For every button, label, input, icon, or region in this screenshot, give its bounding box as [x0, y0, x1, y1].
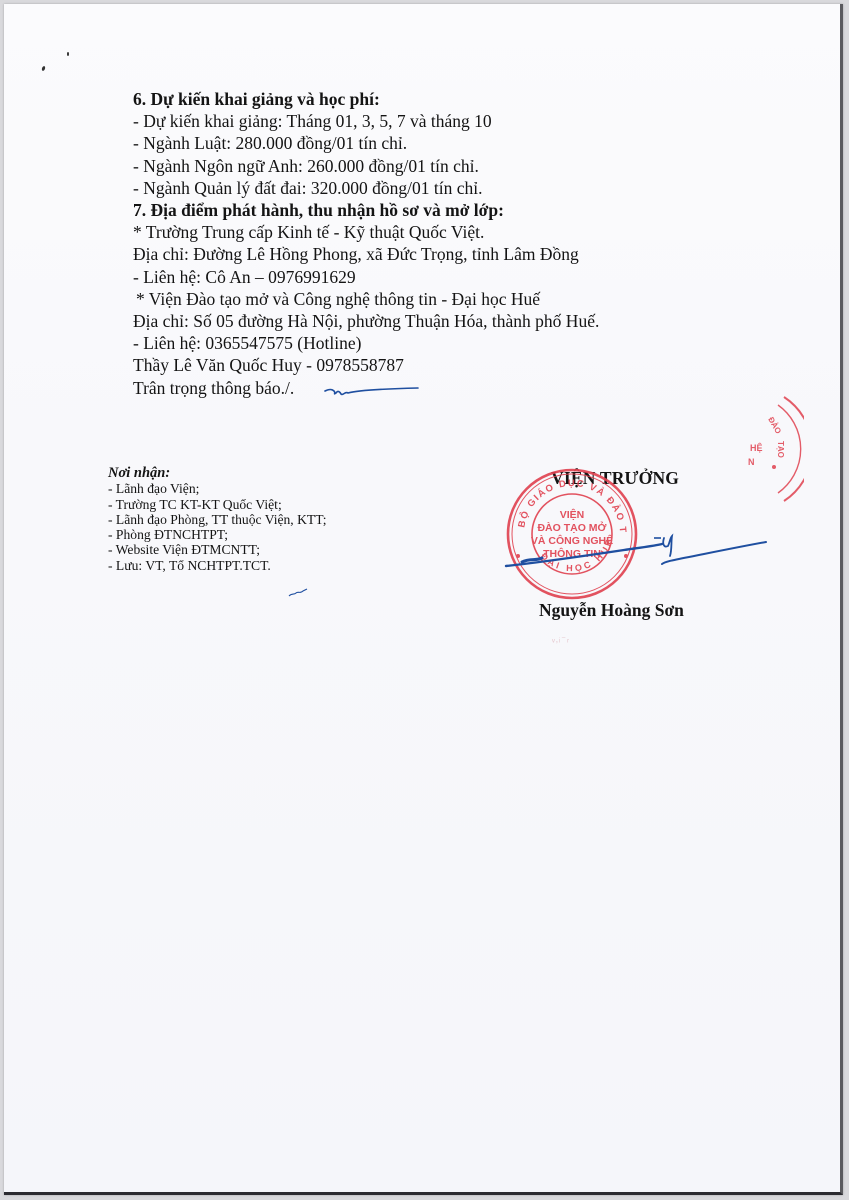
section-6-line: - Ngành Luật: 280.000 đồng/01 tín chỉ.	[133, 132, 753, 154]
section-7-heading: 7. Địa điểm phát hành, thu nhận hồ sơ và…	[133, 199, 753, 221]
recipients-title: Nơi nhận:	[108, 466, 327, 481]
svg-text:ĐÀO: ĐÀO	[766, 416, 783, 436]
section-7-line: - Liên hệ: 0365547575 (Hotline)	[133, 332, 753, 354]
closing-text: Trân trọng thông báo./.	[133, 378, 294, 398]
recipient-item: - Phòng ĐTNCHTPT;	[108, 527, 327, 542]
handwritten-signature-icon	[504, 528, 769, 573]
section-7-line: * Viện Đào tạo mở và Công nghệ thông tin…	[133, 288, 753, 310]
section-7-line: Địa chỉ: Số 05 đường Hà Nội, phường Thuậ…	[133, 310, 753, 332]
section-7-line: * Trường Trung cấp Kinh tế - Kỹ thuật Qu…	[133, 221, 753, 243]
recipient-item: - Lãnh đạo Viện;	[108, 481, 327, 496]
initial-mark-icon	[288, 588, 308, 598]
section-7-line: Địa chỉ: Đường Lê Hồng Phong, xã Đức Trọ…	[133, 243, 753, 265]
signature-block: VIỆN TRƯỞNG BỘ GIÁO DỤC VÀ ĐÀO TẠO ĐẠI H…	[494, 456, 774, 636]
scan-speck	[67, 52, 69, 56]
faint-stamp-offset: ᵥ‚ᵢ⁻ᵣ	[552, 634, 570, 645]
recipient-item: - Lưu: VT, Tổ NCHTPT.TCT.	[108, 558, 327, 573]
recipient-item: - Website Viện ĐTMCNTT;	[108, 542, 327, 557]
scan-speck	[41, 66, 46, 72]
section-6-line: - Dự kiến khai giảng: Tháng 01, 3, 5, 7 …	[133, 110, 753, 132]
svg-text:HỆ: HỆ	[750, 442, 763, 453]
closing-line: Trân trọng thông báo./.	[133, 377, 294, 399]
svg-text:VIỆN: VIỆN	[560, 508, 585, 521]
section-6-heading: 6. Dự kiến khai giảng và học phí:	[133, 88, 753, 110]
section-7-line: Thầy Lê Văn Quốc Huy - 0978558787	[133, 354, 753, 376]
paraph-initial-icon	[323, 381, 423, 401]
document-body: 6. Dự kiến khai giảng và học phí: - Dự k…	[133, 88, 753, 399]
recipient-item: - Trường TC KT-KT Quốc Việt;	[108, 497, 327, 512]
recipient-item: - Lãnh đạo Phòng, TT thuộc Viện, KTT;	[108, 512, 327, 527]
section-7-line: - Liên hệ: Cô An – 0976991629	[133, 266, 753, 288]
svg-text:TẠO: TẠO	[776, 441, 785, 458]
section-6-line: - Ngành Ngôn ngữ Anh: 260.000 đồng/01 tí…	[133, 155, 753, 177]
section-6-line: - Ngành Quản lý đất đai: 320.000 đồng/01…	[133, 177, 753, 199]
document-page: 6. Dự kiến khai giảng và học phí: - Dự k…	[4, 4, 843, 1195]
recipients-block: Nơi nhận: - Lãnh đạo Viện; - Trường TC K…	[108, 466, 327, 573]
